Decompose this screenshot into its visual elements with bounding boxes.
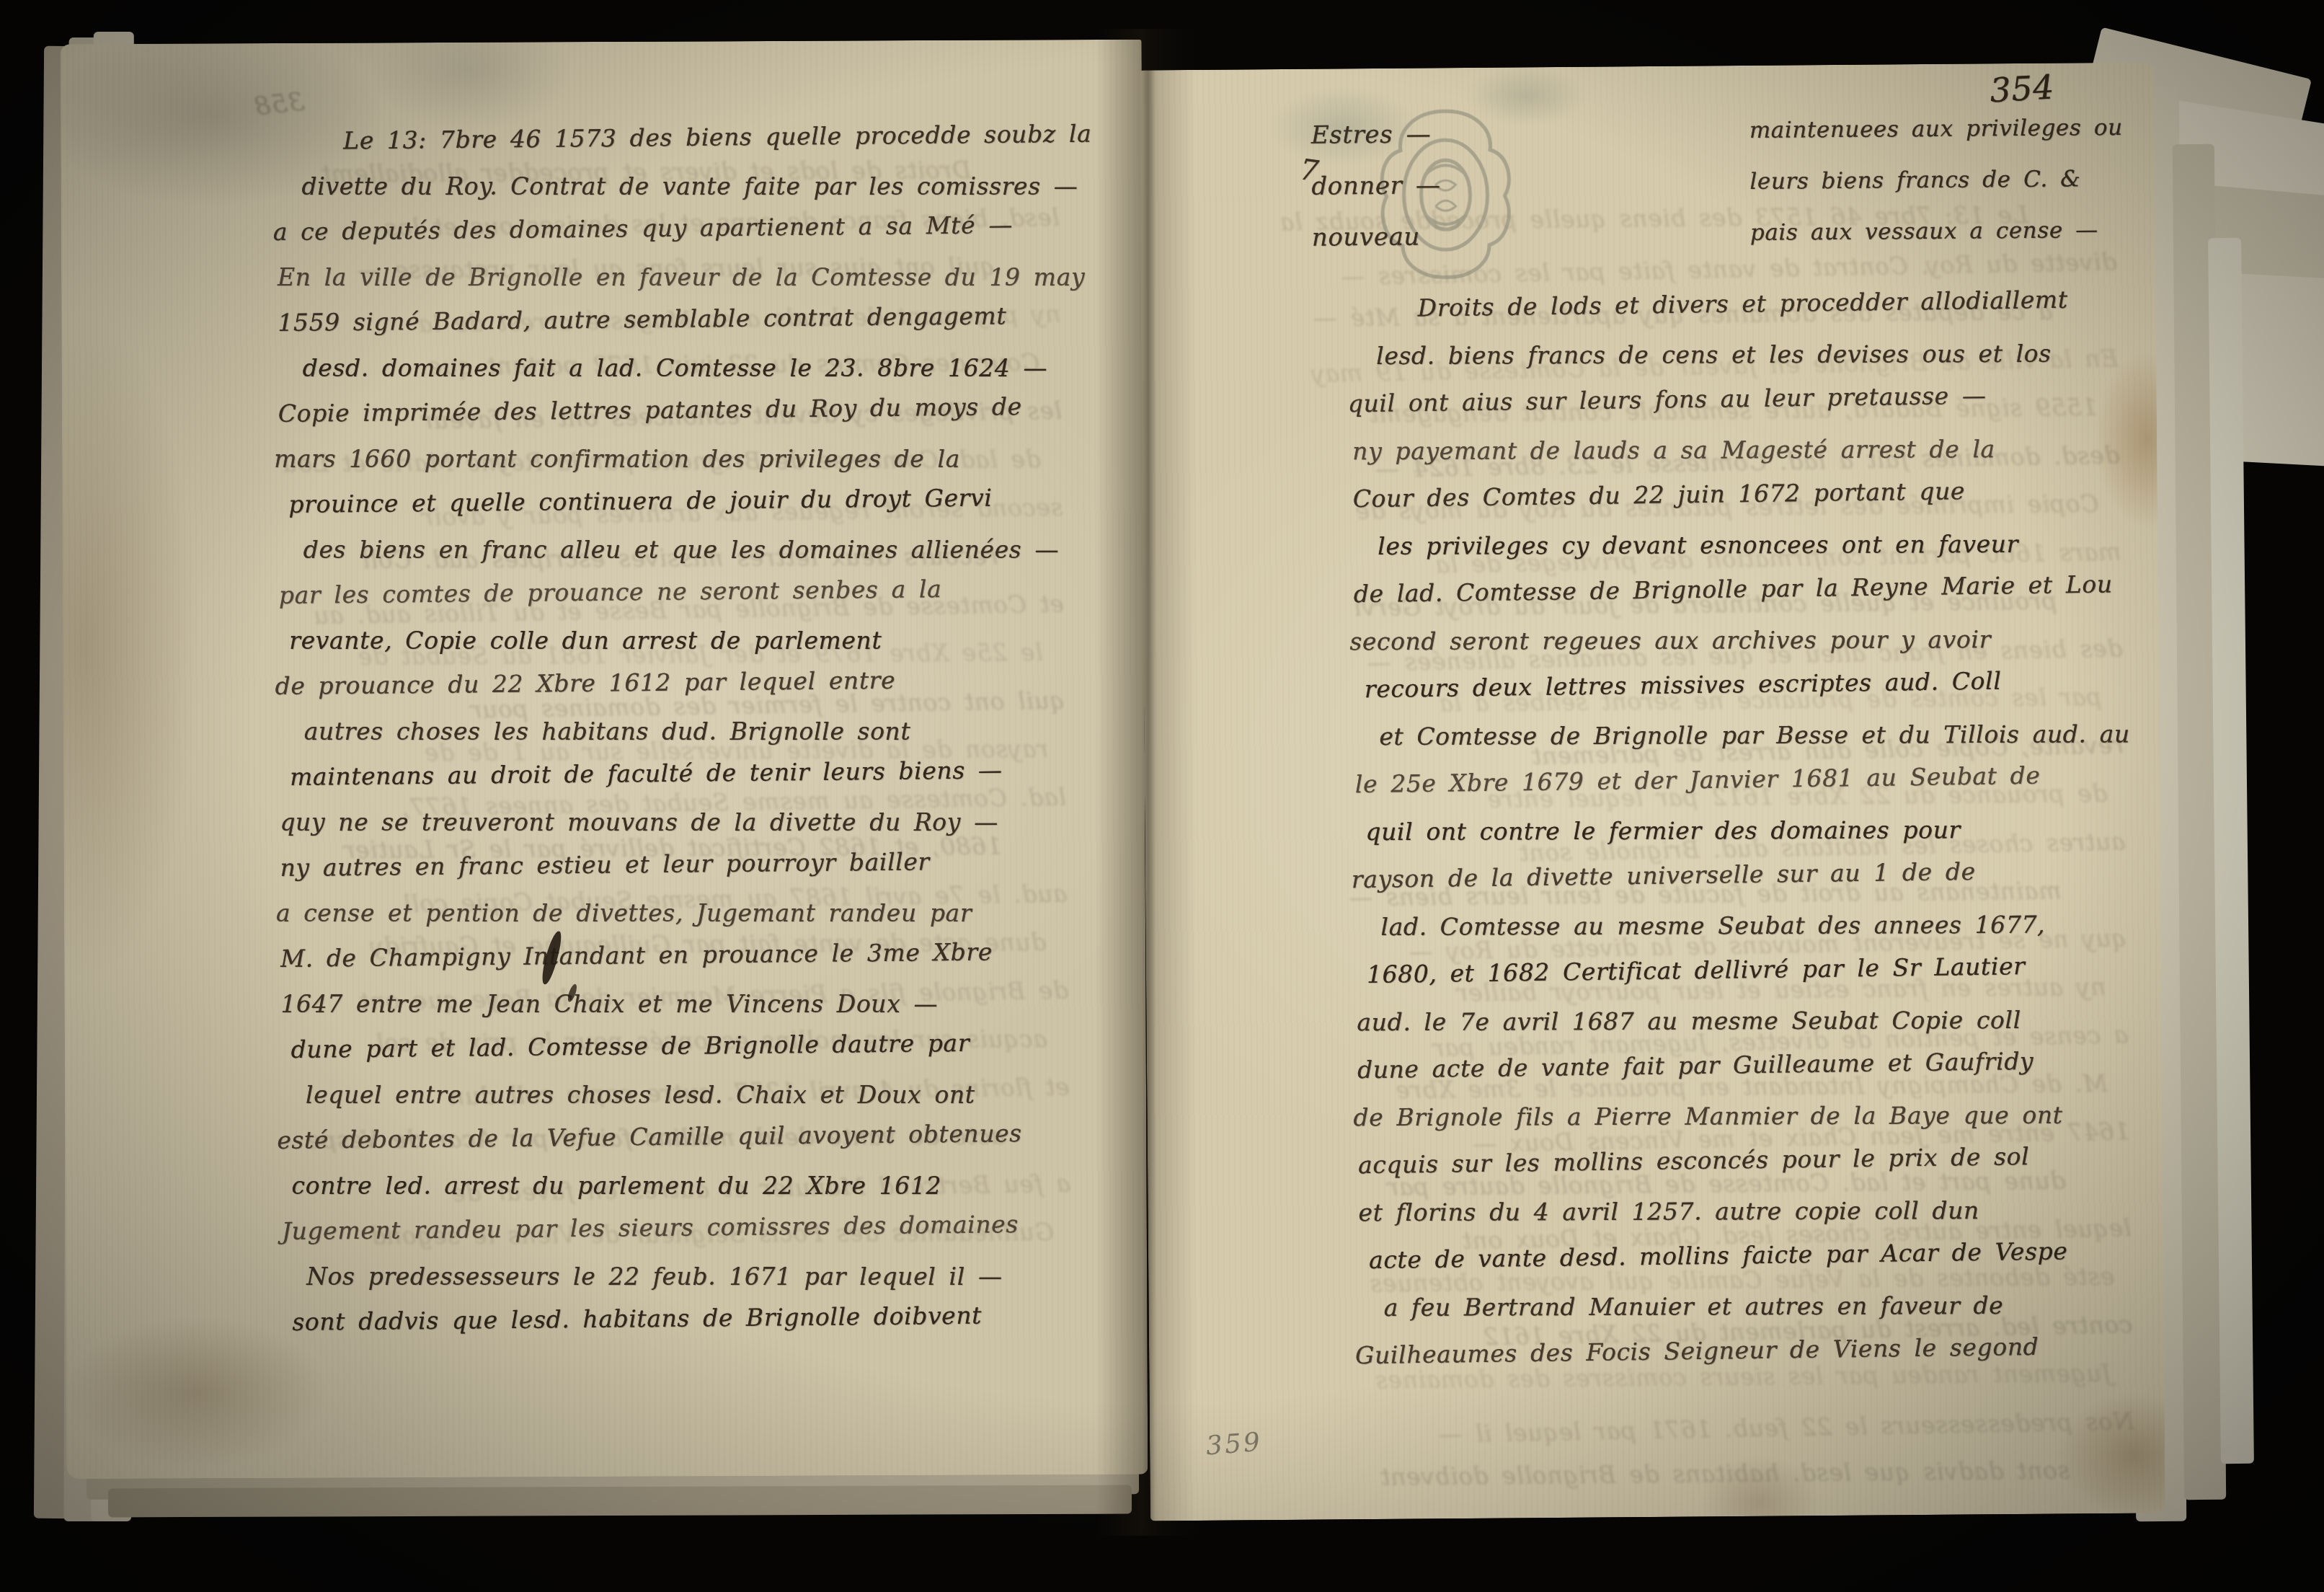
left-page: 358 Droits de lods et divers et procedde…: [61, 40, 1148, 1480]
manuscript-line: acquis sur les mollins esconcés pour le …: [1358, 1131, 2145, 1189]
manuscript-line: a ce deputés des domaines quy apartienen…: [273, 201, 1129, 255]
margin-note-row: nouveau pais aux vessaux a cense —: [1140, 216, 2156, 275]
manuscript-line: Guilheaumes des Focis Seigneur de Viens …: [1355, 1322, 2146, 1379]
manuscript-photo: 358 Droits de lods et divers et procedde…: [0, 0, 2324, 1592]
book-gutter-shadow: [1096, 29, 1197, 1536]
manuscript-line: maintenans au droit de faculté de tenir …: [290, 746, 1131, 800]
margin-note-row: Estres — maintenuees aux privileges ou: [1140, 114, 2155, 173]
bottom-page-stack-edge: [108, 1485, 1132, 1518]
manuscript-line: 1559 signé Badard, autre semblable contr…: [278, 292, 1129, 345]
manuscript-line: Jugement randeu par les sieurs comissres…: [282, 1200, 1133, 1254]
show-through-folio-number: 358: [252, 87, 306, 121]
manuscript-line: Droits de lods et divers et procedder al…: [1417, 275, 2137, 332]
margin-notes: Estres — maintenuees aux privileges ou d…: [1140, 114, 2156, 275]
show-through-line: sont dadvis que lesd. habitans de Brigno…: [1176, 1446, 2070, 1503]
manuscript-line: de prouance du 22 Xbre 1612 par lequel e…: [275, 655, 1130, 709]
manuscript-line: ny autres en franc estieu et leur pourro…: [280, 837, 1131, 890]
manuscript-line: 1680, et 1682 Certificat dellivré par le…: [1367, 941, 2143, 999]
manuscript-line: dune acte de vante fait par Guilleaume e…: [1357, 1036, 2144, 1094]
manuscript-line: par les comtes de prouance ne seront sen…: [279, 565, 1130, 618]
margin-note-text: leurs biens francs de C. &: [1749, 166, 2080, 195]
manuscript-line: acte de vante desd. mollins faicte par A…: [1369, 1226, 2145, 1284]
manuscript-line: recours deux lettres missives escriptes …: [1364, 655, 2140, 713]
margin-note-keyword: donner —: [1311, 171, 1440, 200]
manuscript-line: rayson de la divette universelle sur au …: [1352, 846, 2142, 903]
folio-number: 354: [1989, 67, 2056, 110]
margin-note-text: pais aux vessaux a cense —: [1750, 217, 2098, 246]
manuscript-line: le 25e Xbre 1679 et der Janvier 1681 au …: [1354, 751, 2141, 808]
manuscript-line: esté debontes de la Vefue Camille quil a…: [277, 1110, 1132, 1163]
margin-note-text: maintenuees aux privileges ou: [1749, 115, 2123, 143]
pencil-folio-number: 359: [1205, 1428, 1264, 1461]
margin-note-keyword: Estres —: [1311, 120, 1432, 149]
manuscript-line: Copie imprimée des lettres patantes du R…: [278, 383, 1130, 436]
manuscript-line: M. de Champigny Intandant en prouance le…: [280, 928, 1132, 981]
manuscript-line: sont dadvis que lesd. habitans de Brigno…: [292, 1291, 1133, 1345]
right-page: 354 Le 13: 7bre 46 1573 des biens quelle…: [1139, 63, 2165, 1521]
manuscript-line: dune part et lad. Comtesse de Brignolle …: [290, 1019, 1132, 1072]
manuscript-line: Le 13: 7bre 46 1573 des biens quelle pro…: [343, 110, 1128, 163]
manuscript-line: quil ont aius sur leurs fons au leur pre…: [1347, 370, 2138, 428]
margin-note-row: donner — leurs biens francs de C. &: [1140, 165, 2155, 224]
left-page-text: Le 13: 7bre 46 1573 des biens quelle pro…: [277, 115, 1132, 1345]
margin-note-keyword: nouveau: [1312, 223, 1420, 252]
right-page-text: Droits de lods et divers et procedder al…: [1351, 279, 2145, 1380]
manuscript-line: prouince et quelle continuera de jouir d…: [288, 474, 1130, 527]
manuscript-line: Cour des Comtes du 22 juin 1672 portant …: [1352, 465, 2139, 523]
manuscript-line: de lad. Comtesse de Brignolle par la Rey…: [1353, 560, 2139, 618]
